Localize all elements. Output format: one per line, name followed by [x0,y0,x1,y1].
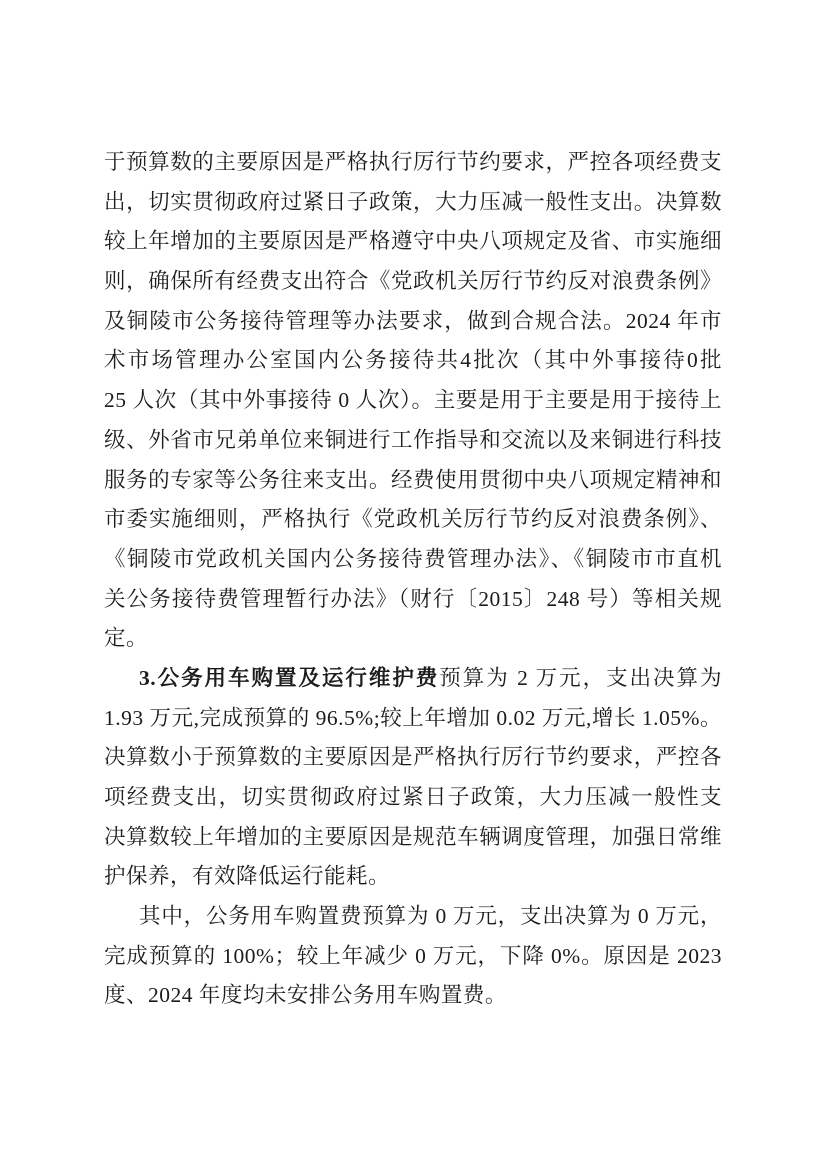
line-text: 25 人次（其中外事接待 0 人次）。主要是用于主要是用于接待上 [104,388,722,412]
doc-line: 市委实施细则，严格执行《党政机关厉行节约反对浪费条例》、 [104,500,722,540]
doc-line: 项经费支出，切实贯彻政府过紧日子政策，大力压减一般性支出。 [104,778,722,818]
line-text: 项经费支出，切实贯彻政府过紧日子政策，大力压减一般性支出。 [104,785,722,818]
doc-line: 服务的专家等公务往来支出。经费使用贯彻中央八项规定精神和 [104,461,722,501]
line-text: 度、2024 年度均未安排公务用车购置费。 [104,983,507,1007]
doc-line: 及铜陵市公务接待管理等办法要求，做到合规合法。2024 年市技 [104,302,722,342]
line-text: 《铜陵市党政机关国内公务接待费管理办法》、《铜陵市市直机 [104,547,722,571]
line-text: 市委实施细则，严格执行《党政机关厉行节约反对浪费条例》、 [104,507,722,531]
doc-line: 则，确保所有经费支出符合《党政机关厉行节约反对浪费条例》 [104,262,722,302]
doc-line: 度、2024 年度均未安排公务用车购置费。 [104,976,722,1016]
doc-line: 《铜陵市党政机关国内公务接待费管理办法》、《铜陵市市直机 [104,540,722,580]
line-text: 关公务接待费管理暂行办法》（财行〔2015〕248 号）等相关规 [104,587,722,611]
doc-line: 关公务接待费管理暂行办法》（财行〔2015〕248 号）等相关规 [104,580,722,620]
line-text: 1.93 万元,完成预算的 96.5%;较上年增加 0.02 万元,增长 1.0… [104,706,722,730]
document-body: 于预算数的主要原因是严格执行厉行节约要求，严控各项经费支出，切实贯彻政府过紧日子… [104,143,722,1016]
line-text: 出，切实贯彻政府过紧日子政策，大力压减一般性支出。决算数 [104,190,722,214]
line-text: 服务的专家等公务往来支出。经费使用贯彻中央八项规定精神和 [104,468,722,492]
doc-line: 其中，公务用车购置费预算为 0 万元，支出决算为 0 万元， [104,897,722,937]
doc-line: 25 人次（其中外事接待 0 人次）。主要是用于主要是用于接待上 [104,381,722,421]
line-text: 较上年增加的主要原因是严格遵守中央八项规定及省、市实施细 [104,229,722,253]
line-text: 决算数小于预算数的主要原因是严格执行厉行节约要求，严控各 [104,745,722,769]
doc-line: 定。 [104,619,722,659]
line-text: 护保养，有效降低运行能耗。 [104,864,390,888]
line-text: 其中，公务用车购置费预算为 0 万元，支出决算为 0 万元， [139,904,722,928]
doc-line: 决算数较上年增加的主要原因是规范车辆调度管理，加强日常维 [104,818,722,858]
line-text: 术市场管理办公室国内公务接待共4批次（其中外事接待0批次）， [104,348,722,381]
doc-line: 于预算数的主要原因是严格执行厉行节约要求，严控各项经费支 [104,143,722,183]
doc-line: 护保养，有效降低运行能耗。 [104,857,722,897]
doc-line: 3.公务用车购置及运行维护费预算为 2 万元，支出决算为 [104,659,722,699]
doc-line: 术市场管理办公室国内公务接待共4批次（其中外事接待0批次）， [104,341,722,381]
line-text: 及铜陵市公务接待管理等办法要求，做到合规合法。2024 年市技 [104,309,722,342]
doc-line: 决算数小于预算数的主要原因是严格执行厉行节约要求，严控各 [104,738,722,778]
doc-line: 较上年增加的主要原因是严格遵守中央八项规定及省、市实施细 [104,222,722,262]
line-text: 决算数较上年增加的主要原因是规范车辆调度管理，加强日常维 [104,825,722,849]
doc-line: 1.93 万元,完成预算的 96.5%;较上年增加 0.02 万元,增长 1.0… [104,699,722,739]
line-text: 级、外省市兄弟单位来铜进行工作指导和交流以及来铜进行科技 [104,428,722,452]
line-text: 完成预算的 100%；较上年减少 0 万元，下降 0%。原因是 2023 年 [104,944,722,977]
line-text: 预算为 2 万元，支出决算为 [439,666,722,690]
line-text: 则，确保所有经费支出符合《党政机关厉行节约反对浪费条例》 [104,269,722,293]
bold-heading: 3.公务用车购置及运行维护费 [139,666,439,690]
line-text: 于预算数的主要原因是严格执行厉行节约要求，严控各项经费支 [104,150,722,174]
document-page: 于预算数的主要原因是严格执行厉行节约要求，严控各项经费支出，切实贯彻政府过紧日子… [0,0,826,1169]
doc-line: 级、外省市兄弟单位来铜进行工作指导和交流以及来铜进行科技 [104,421,722,461]
doc-line: 完成预算的 100%；较上年减少 0 万元，下降 0%。原因是 2023 年 [104,937,722,977]
line-text: 定。 [104,626,148,650]
doc-line: 出，切实贯彻政府过紧日子政策，大力压减一般性支出。决算数 [104,183,722,223]
